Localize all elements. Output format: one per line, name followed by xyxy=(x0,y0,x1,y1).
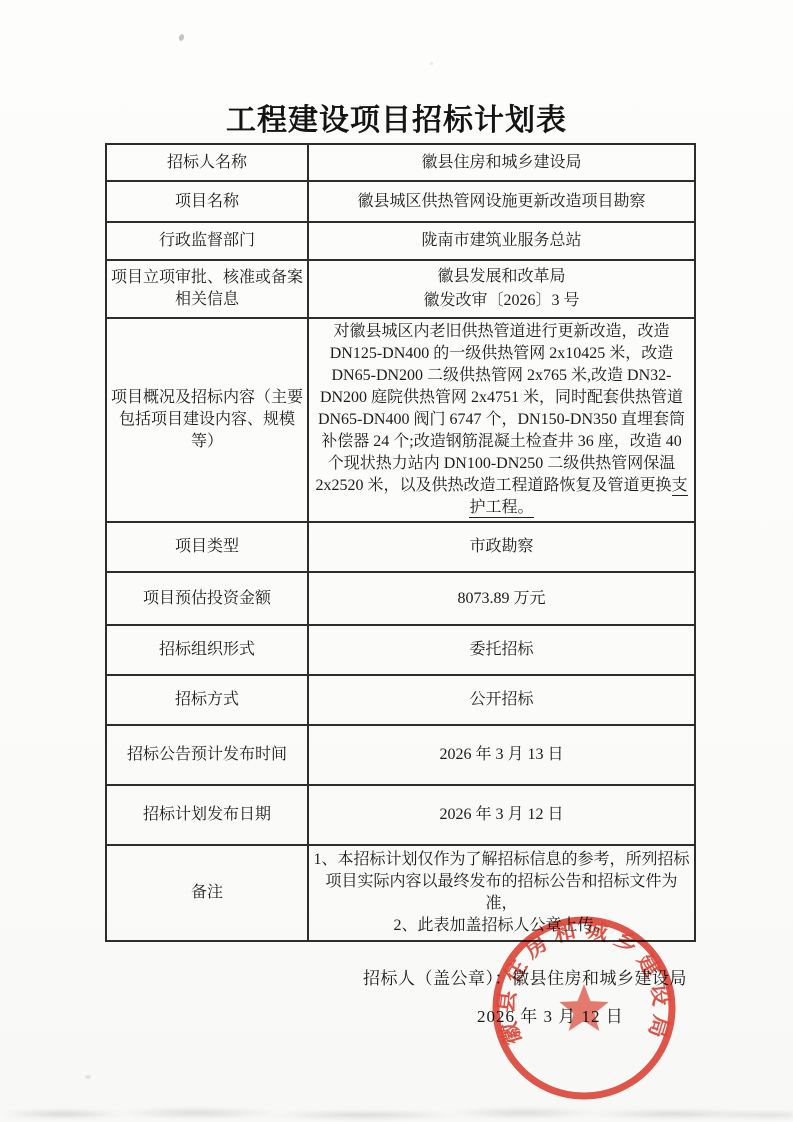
table-row-organization-form: 招标组织形式 委托招标 xyxy=(106,625,695,675)
row-value: 徽县住房和城乡建设局 xyxy=(308,144,695,181)
row-label: 项目名称 xyxy=(106,181,308,222)
row-value: 徽县城区供热管网设施更新改造项目勘察 xyxy=(308,181,695,222)
approval-document-number: 徽发改审〔2026〕3 号 xyxy=(313,289,690,313)
row-label: 项目类型 xyxy=(106,522,308,572)
scan-speckle xyxy=(85,1075,91,1079)
table-row-approval-info: 项目立项审批、核准或备案相关信息 徽县发展和改革局 徽发改审〔2026〕3 号 xyxy=(106,260,695,318)
seal-star-icon xyxy=(559,984,608,1031)
table-row-project-name: 项目名称 徽县城区供热管网设施更新改造项目勘察 xyxy=(106,181,695,222)
row-value: 陇南市建筑业服务总站 xyxy=(308,222,695,260)
row-label: 项目立项审批、核准或备案相关信息 xyxy=(106,260,308,318)
table-row-tenderee-name: 招标人名称 徽县住房和城乡建设局 xyxy=(106,144,695,181)
row-label: 行政监督部门 xyxy=(106,222,308,260)
scan-speckle xyxy=(178,33,185,41)
scan-speckle xyxy=(430,62,433,65)
row-label: 项目概况及招标内容（主要包括项目建设内容、规模等） xyxy=(106,318,308,522)
row-value: 2026 年 3 月 13 日 xyxy=(308,725,695,785)
approval-authority: 徽县发展和改革局 xyxy=(313,265,690,289)
table-row-bidding-method: 招标方式 公开招标 xyxy=(106,675,695,725)
row-label: 招标组织形式 xyxy=(106,625,308,675)
table-row-supervising-department: 行政监督部门 陇南市建筑业服务总站 xyxy=(106,222,695,260)
table-row-estimated-investment: 项目预估投资金额 8073.89 万元 xyxy=(106,572,695,625)
row-label: 招标人名称 xyxy=(106,144,308,181)
bidding-plan-table: 招标人名称 徽县住房和城乡建设局 项目名称 徽县城区供热管网设施更新改造项目勘察… xyxy=(105,143,696,942)
row-value: 徽县发展和改革局 徽发改审〔2026〕3 号 xyxy=(308,260,695,318)
table-row-plan-publish-date: 招标计划发布日期 2026 年 3 月 12 日 xyxy=(106,785,695,845)
row-value: 委托招标 xyxy=(308,625,695,675)
table-row-project-overview: 项目概况及招标内容（主要包括项目建设内容、规模等） 对徽县城区内老旧供热管道进行… xyxy=(106,318,695,522)
scanner-shadow-artifact xyxy=(0,1102,793,1122)
row-value: 公开招标 xyxy=(308,675,695,725)
row-label: 招标计划发布日期 xyxy=(106,785,308,845)
table-row-announcement-date: 招标公告预计发布时间 2026 年 3 月 13 日 xyxy=(106,725,695,785)
row-label: 备注 xyxy=(106,845,308,941)
overview-text: 对徽县城区内老旧供热管道进行更新改造，改造 DN125-DN400 的一级供热管… xyxy=(315,323,685,494)
row-label: 招标公告预计发布时间 xyxy=(106,725,308,785)
row-value: 2026 年 3 月 12 日 xyxy=(308,785,695,845)
row-value: 市政勘察 xyxy=(308,522,695,572)
row-value: 对徽县城区内老旧供热管道进行更新改造，改造 DN125-DN400 的一级供热管… xyxy=(308,318,695,522)
scanned-document-page: 工程建设项目招标计划表 招标人名称 徽县住房和城乡建设局 项目名称 徽县城区供热… xyxy=(0,0,793,1122)
page-title: 工程建设项目招标计划表 xyxy=(0,95,793,139)
row-value: 8073.89 万元 xyxy=(308,572,695,625)
row-label: 项目预估投资金额 xyxy=(106,572,308,625)
seal-organization-text: 徽县住房和城乡建设局 xyxy=(493,916,675,1047)
remark-item-1: 1、本招标计划仅作为了解招标信息的参考，所列招标项目实际内容以最终发布的招标公告… xyxy=(313,849,690,915)
table-row-project-type: 项目类型 市政勘察 xyxy=(106,522,695,572)
official-red-seal: 徽县住房和城乡建设局 xyxy=(489,910,679,1106)
row-label: 招标方式 xyxy=(106,675,308,725)
